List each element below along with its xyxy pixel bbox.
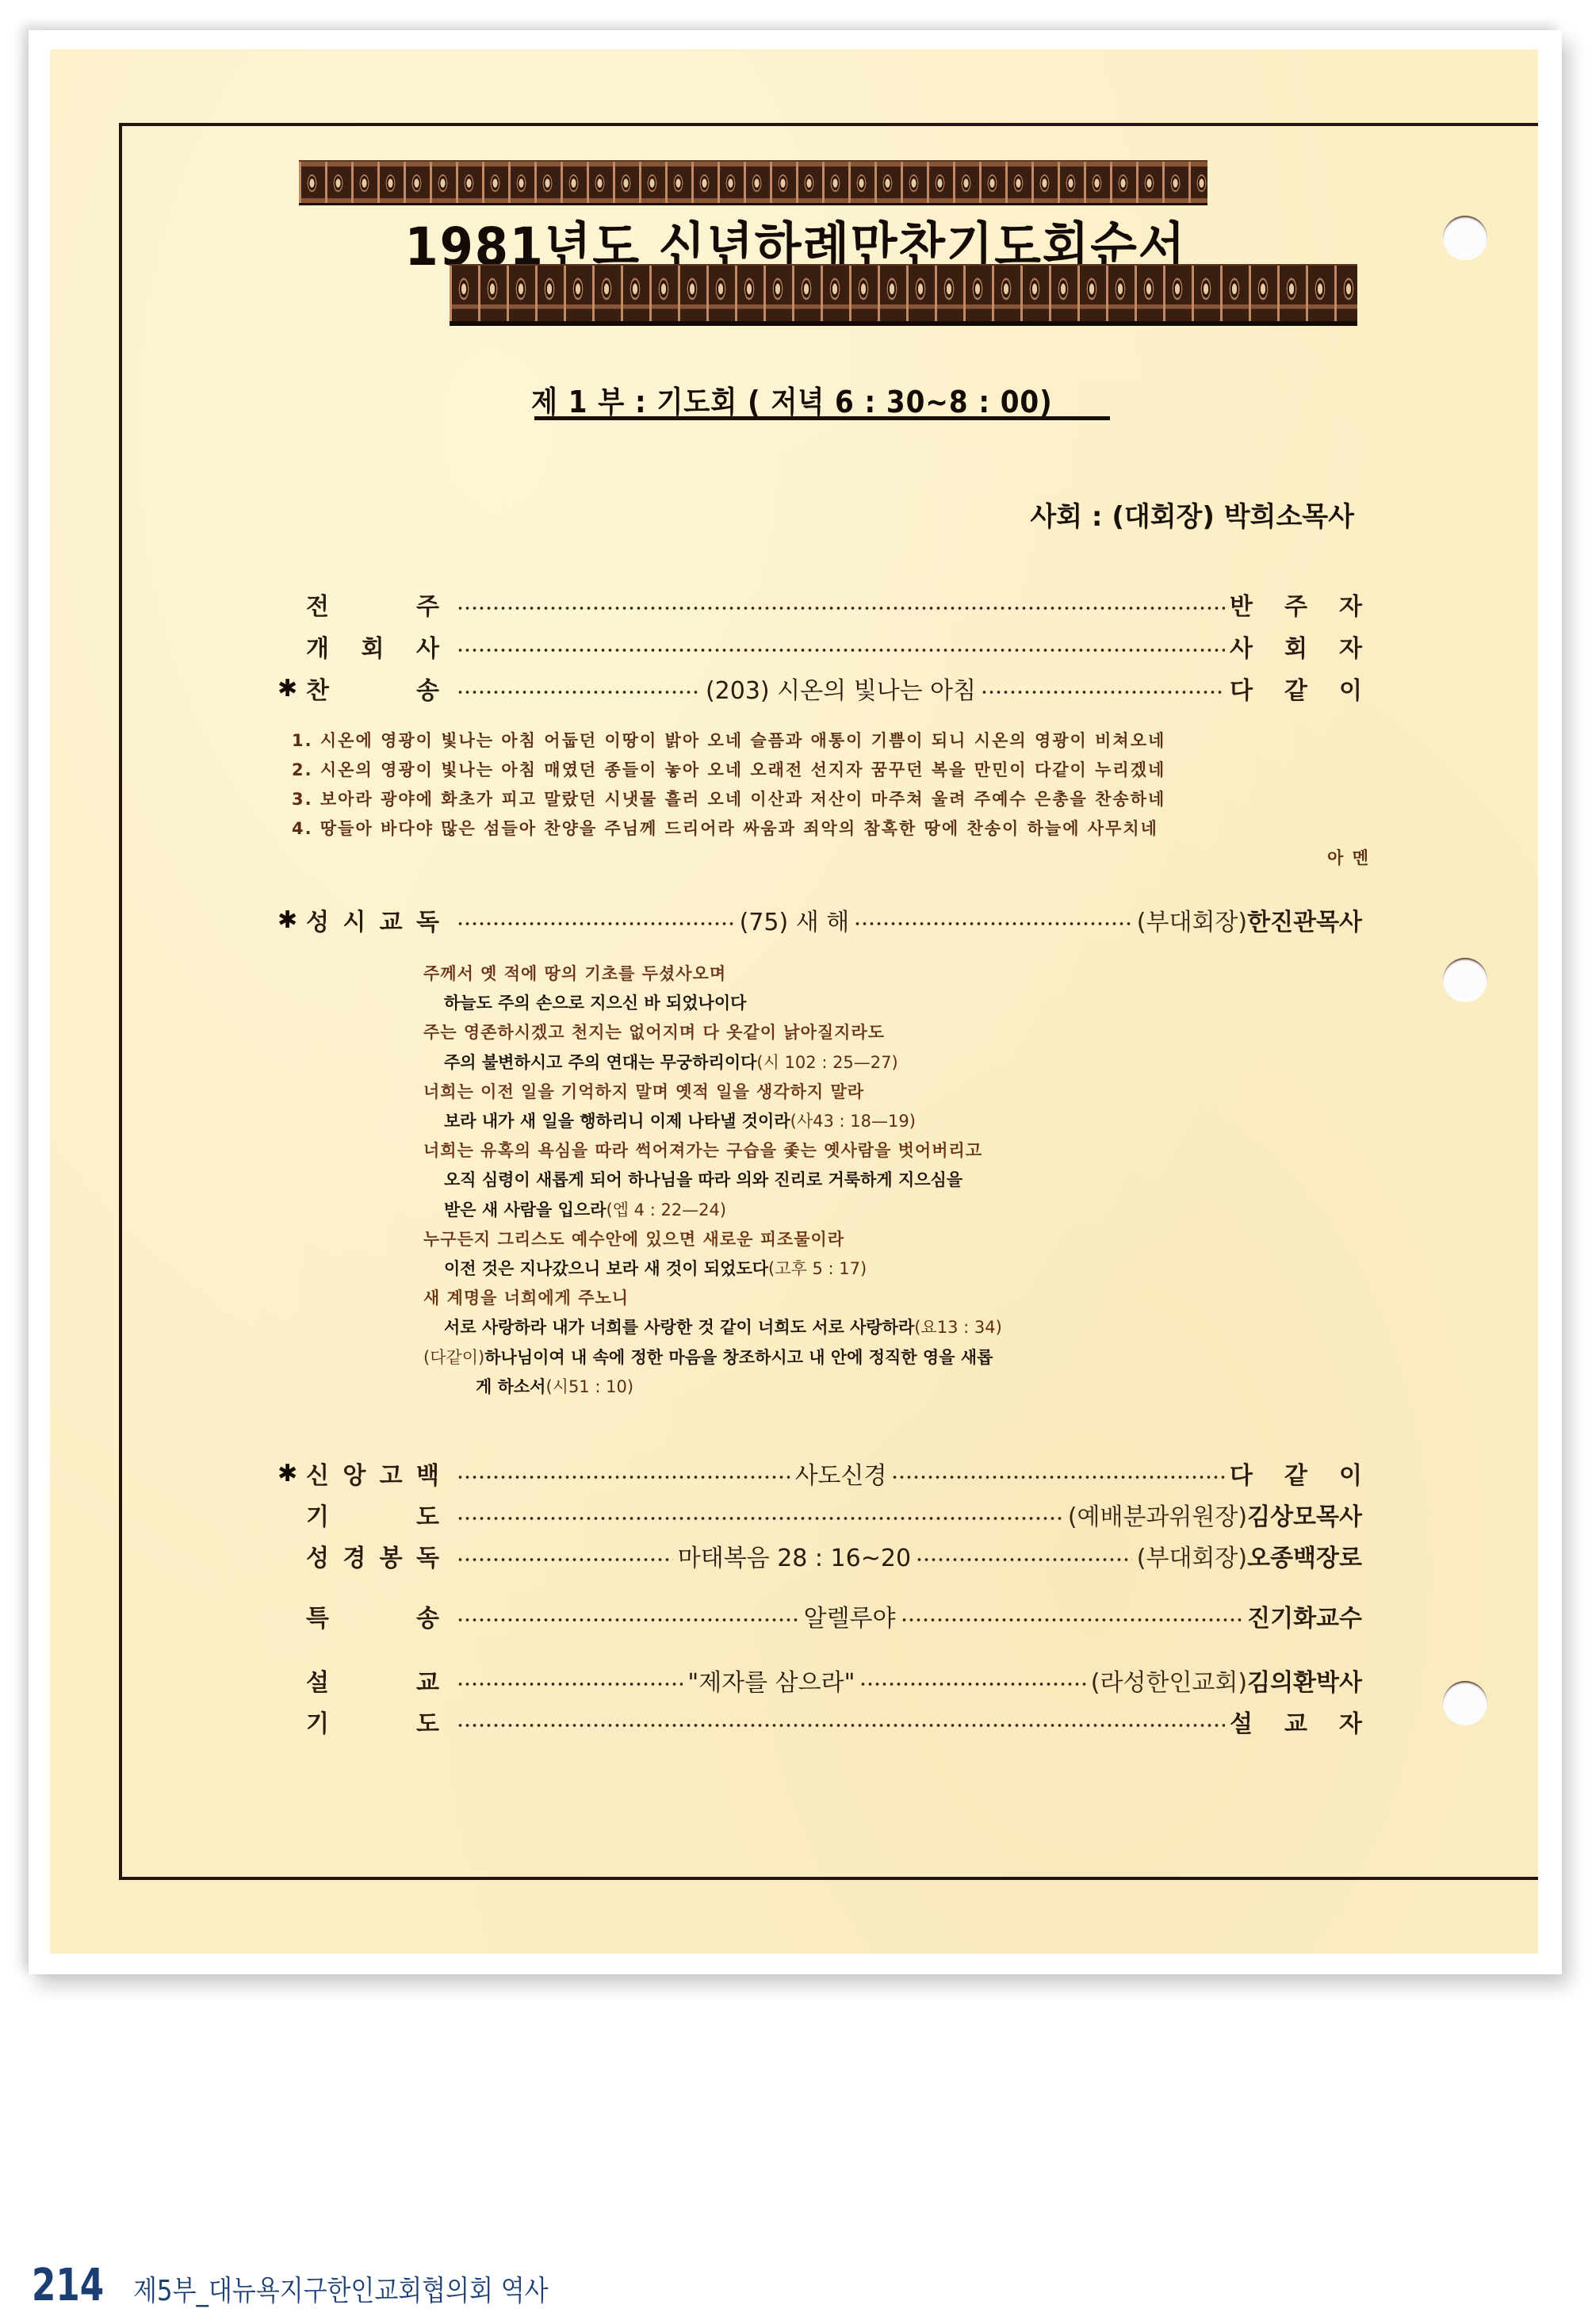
participant-char: 김의환박사 bbox=[1247, 1663, 1362, 1698]
scripture-reference: (시51 : 10) bbox=[545, 1377, 633, 1396]
punch-hole bbox=[1443, 958, 1487, 1002]
participant-char: 한진관목사 bbox=[1247, 902, 1362, 937]
order-item-label: 특송 bbox=[284, 1598, 439, 1633]
label-char: 앙 bbox=[343, 1456, 365, 1491]
order-item-label: 신앙고백 bbox=[284, 1456, 439, 1491]
star-icon: ✱ bbox=[277, 906, 297, 934]
scripture-reference: (요13 : 34) bbox=[914, 1318, 1002, 1337]
participant-name: 반주자 bbox=[1230, 587, 1362, 622]
reading-line: 너희는 이전 일을 기억하지 말며 옛적 일을 생각하지 말라 bbox=[423, 1078, 1216, 1107]
participant-name: 진기화교수 bbox=[1247, 1598, 1362, 1633]
order-item-content: (203) 시온의 빛나는 아침 bbox=[706, 671, 976, 706]
hymn-verse: 3. 보아라 광야에 화초가 피고 말랐던 시냇물 흘러 오네 이산과 저산이 … bbox=[292, 785, 1378, 814]
label-char: 기 bbox=[306, 1704, 329, 1739]
label-char: 신 bbox=[306, 1456, 329, 1491]
reading-line: 오직 심령이 새롭게 되어 하나님을 따라 의와 진리로 거룩하게 지으심을 bbox=[423, 1166, 1216, 1195]
order-row: ✱신앙고백사도신경다같이 bbox=[284, 1453, 1362, 1493]
dot-leader bbox=[457, 1724, 1225, 1727]
dot-leader bbox=[854, 922, 1132, 925]
presider-line: 사회 : (대회장) 박희소목사 bbox=[1030, 495, 1354, 534]
participant-char: 이 bbox=[1339, 671, 1362, 706]
participant-name: 김상모목사 bbox=[1247, 1497, 1362, 1532]
dot-leader bbox=[981, 691, 1225, 694]
order-item-label: 전주 bbox=[284, 587, 439, 622]
order-row: 개회사사회자 bbox=[284, 626, 1362, 666]
label-char: 특 bbox=[306, 1598, 329, 1633]
reading-line: 보라 내가 새 일을 행하리니 이제 나타낼 것이라(사43 : 18—19) bbox=[423, 1107, 1216, 1136]
label-char: 도 bbox=[416, 1497, 439, 1532]
participant-char: 다 bbox=[1230, 671, 1253, 706]
order-item-label: 개회사 bbox=[284, 629, 439, 664]
star-icon: ✱ bbox=[277, 1460, 297, 1487]
dot-leader bbox=[457, 607, 1225, 610]
participant-char: 오종백장로 bbox=[1247, 1538, 1362, 1573]
order-item-body: (75) 새 해(부대회장) 한진관목사 bbox=[452, 902, 1362, 937]
reading-text: 누구든지 그리스도 예수안에 있으면 새로운 피조물이라 bbox=[423, 1230, 844, 1249]
reading-text: 게 하소서 bbox=[476, 1377, 545, 1396]
participant-name: 설교자 bbox=[1230, 1704, 1362, 1739]
label-char: 설 bbox=[306, 1663, 329, 1698]
order-item-body: 반주자 bbox=[452, 587, 1362, 622]
reading-line: 주의 불변하시고 주의 연대는 무궁하리이다(시 102 : 25—27) bbox=[423, 1048, 1216, 1078]
order-row: 특송알렐루야진기화교수 bbox=[284, 1596, 1362, 1636]
participant-char: 다 bbox=[1230, 1456, 1253, 1491]
order-item-label: 설교 bbox=[284, 1663, 439, 1698]
reading-line: 하늘도 주의 손으로 지으신 바 되었나이다 bbox=[423, 989, 1216, 1018]
label-char: 전 bbox=[306, 587, 329, 622]
participant-char: 반 bbox=[1230, 587, 1253, 622]
dot-leader bbox=[859, 1683, 1085, 1686]
dot-leader bbox=[891, 1476, 1225, 1479]
punch-hole bbox=[1443, 1681, 1487, 1725]
reading-line: 새 계명을 너희에게 주노니 bbox=[423, 1284, 1216, 1313]
label-char: 회 bbox=[362, 629, 385, 664]
reading-text: 너희는 이전 일을 기억하지 말며 옛적 일을 생각하지 말라 bbox=[423, 1082, 864, 1101]
reading-text: 서로 사랑하라 내가 너희를 사랑한 것 같이 너희도 서로 사랑하라 bbox=[444, 1318, 914, 1337]
order-row: 전주반주자 bbox=[284, 584, 1362, 624]
ornamental-band-top bbox=[299, 160, 1207, 205]
participant-title: (라성한인교회) bbox=[1091, 1663, 1247, 1698]
participant-char: 교 bbox=[1284, 1704, 1307, 1739]
participant-name: 다같이 bbox=[1230, 1456, 1362, 1491]
dot-leader bbox=[457, 1683, 683, 1686]
page-footer: 214 제5부_대뉴욕지구한인교회협의회 역사 bbox=[32, 2260, 616, 2311]
participant-title: (예배분과위원장) bbox=[1068, 1497, 1247, 1532]
reading-speaker: (다같이) bbox=[423, 1348, 484, 1367]
label-char: 성 bbox=[306, 1538, 329, 1573]
label-char: 교 bbox=[416, 1663, 439, 1698]
ornamental-band-bottom bbox=[450, 264, 1357, 326]
order-item-content: 알렐루야 bbox=[804, 1598, 896, 1633]
participant-name: 김의환박사 bbox=[1247, 1663, 1362, 1698]
scripture-reference: (사43 : 18—19) bbox=[790, 1112, 916, 1131]
participant-name: 한진관목사 bbox=[1247, 902, 1362, 937]
hymn-verse: 1. 시온에 영광이 빛나는 아침 어둡던 이땅이 밝아 오네 슬픔과 애통이 … bbox=[292, 726, 1378, 756]
order-item-body: 사도신경다같이 bbox=[452, 1456, 1362, 1491]
label-char: 고 bbox=[380, 1456, 403, 1491]
label-char: 독 bbox=[416, 1538, 439, 1573]
order-item-body: 사회자 bbox=[452, 629, 1362, 664]
star-icon: ✱ bbox=[277, 675, 297, 703]
label-char: 교 bbox=[380, 902, 403, 937]
dot-leader bbox=[457, 922, 735, 925]
order-item-body: 설교자 bbox=[452, 1704, 1362, 1739]
participant-char: 주 bbox=[1284, 587, 1307, 622]
order-item-content: 마태복음 28 : 16~20 bbox=[678, 1538, 911, 1573]
dot-leader bbox=[457, 649, 1225, 652]
order-item-label: 기도 bbox=[284, 1704, 439, 1739]
label-char: 주 bbox=[416, 587, 439, 622]
reading-line: 너희는 유혹의 욕심을 따라 썩어져가는 구습을 좇는 옛사람을 벗어버리고 bbox=[423, 1136, 1216, 1166]
participant-name: 다같이 bbox=[1230, 671, 1362, 706]
order-item-body: 마태복음 28 : 16~20(부대회장) 오종백장로 bbox=[452, 1538, 1362, 1573]
punch-hole bbox=[1443, 216, 1487, 260]
order-item-body: (203) 시온의 빛나는 아침다같이 bbox=[452, 671, 1362, 706]
scripture-reference: (시 102 : 25—27) bbox=[756, 1053, 897, 1072]
participant-char: 같 bbox=[1284, 1456, 1307, 1491]
label-char: 찬 bbox=[306, 671, 329, 706]
reading-text: 하나님이여 내 속에 정한 마음을 창조하시고 내 안에 정직한 영을 새롭 bbox=[484, 1348, 993, 1367]
label-char: 경 bbox=[343, 1538, 365, 1573]
reading-line: 서로 사랑하라 내가 너희를 사랑한 것 같이 너희도 서로 사랑하라(요13 … bbox=[423, 1313, 1216, 1342]
dot-leader bbox=[457, 1476, 790, 1479]
participant-char: 자 bbox=[1339, 629, 1362, 664]
hymn-verse: 2. 시온의 영광이 빛나는 아침 매였던 종들이 놓아 오네 오래전 선지자 … bbox=[292, 756, 1378, 785]
participant-char: 설 bbox=[1230, 1704, 1253, 1739]
reading-line: 이전 것은 지나갔으니 보라 새 것이 되었도다(고후 5 : 17) bbox=[423, 1254, 1216, 1284]
order-item-body: "제자를 삼으라"(라성한인교회) 김의환박사 bbox=[452, 1663, 1362, 1698]
participant-name: 오종백장로 bbox=[1247, 1538, 1362, 1573]
page-number: 214 bbox=[32, 2260, 100, 2311]
reading-text: 이전 것은 지나갔으니 보라 새 것이 되었도다 bbox=[444, 1259, 768, 1278]
label-char: 봉 bbox=[380, 1538, 403, 1573]
reading-text: 주는 영존하시겠고 천지는 없어지며 다 옷같이 낡아질지라도 bbox=[423, 1023, 885, 1042]
label-char: 성 bbox=[306, 902, 329, 937]
dot-leader bbox=[457, 1618, 799, 1621]
hymn-verse: 4. 땅들아 바다야 많은 섬들아 찬양을 주님께 드리어라 싸움과 죄악의 참… bbox=[292, 814, 1378, 844]
order-item-label: 기도 bbox=[284, 1497, 439, 1532]
label-char: 도 bbox=[416, 1704, 439, 1739]
reading-line: 주는 영존하시겠고 천지는 없어지며 다 옷같이 낡아질지라도 bbox=[423, 1018, 1216, 1047]
dot-leader bbox=[457, 1517, 1063, 1520]
label-char: 사 bbox=[416, 629, 439, 664]
dot-leader bbox=[457, 1558, 673, 1561]
scripture-reference: (엡 4 : 22—24) bbox=[607, 1200, 727, 1219]
reading-text: 오직 심령이 새롭게 되어 하나님을 따라 의와 진리로 거룩하게 지으심을 bbox=[444, 1170, 962, 1189]
reading-text: 주의 불변하시고 주의 연대는 무궁하리이다 bbox=[444, 1053, 756, 1072]
part-heading: 제 1 부 : 기도회 ( 저녁 6 : 30~8 : 00) bbox=[531, 377, 1053, 421]
order-item-label: 성경봉독 bbox=[284, 1538, 439, 1573]
order-item-content: (75) 새 해 bbox=[740, 902, 850, 937]
heading-underline bbox=[534, 416, 1110, 420]
order-row: ✱성시교독(75) 새 해(부대회장) 한진관목사 bbox=[284, 900, 1362, 940]
reading-line: (다같이)하나님이여 내 속에 정한 마음을 창조하시고 내 안에 정직한 영을… bbox=[423, 1343, 1216, 1373]
participant-char: 이 bbox=[1339, 1456, 1362, 1491]
order-row: ✱찬송(203) 시온의 빛나는 아침다같이 bbox=[284, 668, 1362, 708]
order-item-body: 알렐루야진기화교수 bbox=[452, 1598, 1362, 1633]
participant-char: 자 bbox=[1339, 587, 1362, 622]
reading-text: 하늘도 주의 손으로 지으신 바 되었나이다 bbox=[444, 994, 746, 1013]
label-char: 기 bbox=[306, 1497, 329, 1532]
responsive-reading-text: 주께서 옛 적에 땅의 기초를 두셨사오며하늘도 주의 손으로 지으신 바 되었… bbox=[423, 959, 1216, 1402]
order-row: 설교"제자를 삼으라"(라성한인교회) 김의환박사 bbox=[284, 1660, 1362, 1700]
participant-title: (부대회장) bbox=[1137, 1538, 1247, 1573]
dot-leader bbox=[916, 1558, 1132, 1561]
order-row: 성경봉독마태복음 28 : 16~20(부대회장) 오종백장로 bbox=[284, 1536, 1362, 1575]
participant-char: 회 bbox=[1284, 629, 1307, 664]
order-item-body: (예배분과위원장) 김상모목사 bbox=[452, 1497, 1362, 1532]
participant-char: 김상모목사 bbox=[1247, 1497, 1362, 1532]
participant-name: 사회자 bbox=[1230, 629, 1362, 664]
order-item-label: 찬송 bbox=[284, 671, 439, 706]
reading-line: 누구든지 그리스도 예수안에 있으면 새로운 피조물이라 bbox=[423, 1225, 1216, 1254]
reading-text: 새 계명을 너희에게 주노니 bbox=[423, 1288, 629, 1307]
participant-title: (부대회장) bbox=[1137, 902, 1247, 937]
label-char: 백 bbox=[416, 1456, 439, 1491]
dot-leader bbox=[457, 691, 701, 694]
reading-text: 너희는 유혹의 욕심을 따라 썩어져가는 구습을 좇는 옛사람을 벗어버리고 bbox=[423, 1141, 982, 1160]
participant-char: 사 bbox=[1230, 629, 1253, 664]
label-char: 송 bbox=[416, 1598, 439, 1633]
order-item-content: 사도신경 bbox=[795, 1456, 887, 1491]
label-char: 송 bbox=[416, 671, 439, 706]
label-char: 독 bbox=[416, 902, 439, 937]
participant-char: 같 bbox=[1284, 671, 1307, 706]
reading-text: 받은 새 사람을 입으라 bbox=[444, 1200, 607, 1219]
order-row: 기도설교자 bbox=[284, 1702, 1362, 1741]
participant-char: 진기화교수 bbox=[1247, 1598, 1362, 1633]
reading-text: 보라 내가 새 일을 행하리니 이제 나타낼 것이라 bbox=[444, 1112, 790, 1131]
reading-text: 주께서 옛 적에 땅의 기초를 두셨사오며 bbox=[423, 964, 726, 983]
reading-line: 받은 새 사람을 입으라(엡 4 : 22—24) bbox=[423, 1196, 1216, 1225]
label-char: 개 bbox=[306, 629, 329, 664]
hymn-amen: 아 멘 bbox=[292, 844, 1378, 873]
section-title: 제5부_대뉴욕지구한인교회협의회 역사 bbox=[133, 2268, 549, 2309]
participant-char: 자 bbox=[1339, 1704, 1362, 1739]
hymn-lyrics: 1. 시온에 영광이 빛나는 아침 어둡던 이땅이 밝아 오네 슬픔과 애통이 … bbox=[292, 726, 1378, 873]
order-item-label: 성시교독 bbox=[284, 902, 439, 937]
order-item-content: "제자를 삼으라" bbox=[687, 1663, 855, 1698]
label-char: 시 bbox=[343, 902, 365, 937]
reading-line: 게 하소서(시51 : 10) bbox=[423, 1373, 1216, 1402]
order-row: 기도(예배분과위원장) 김상모목사 bbox=[284, 1495, 1362, 1534]
scripture-reference: (고후 5 : 17) bbox=[768, 1259, 867, 1278]
reading-line: 주께서 옛 적에 땅의 기초를 두셨사오며 bbox=[423, 959, 1216, 989]
dot-leader bbox=[901, 1618, 1243, 1621]
